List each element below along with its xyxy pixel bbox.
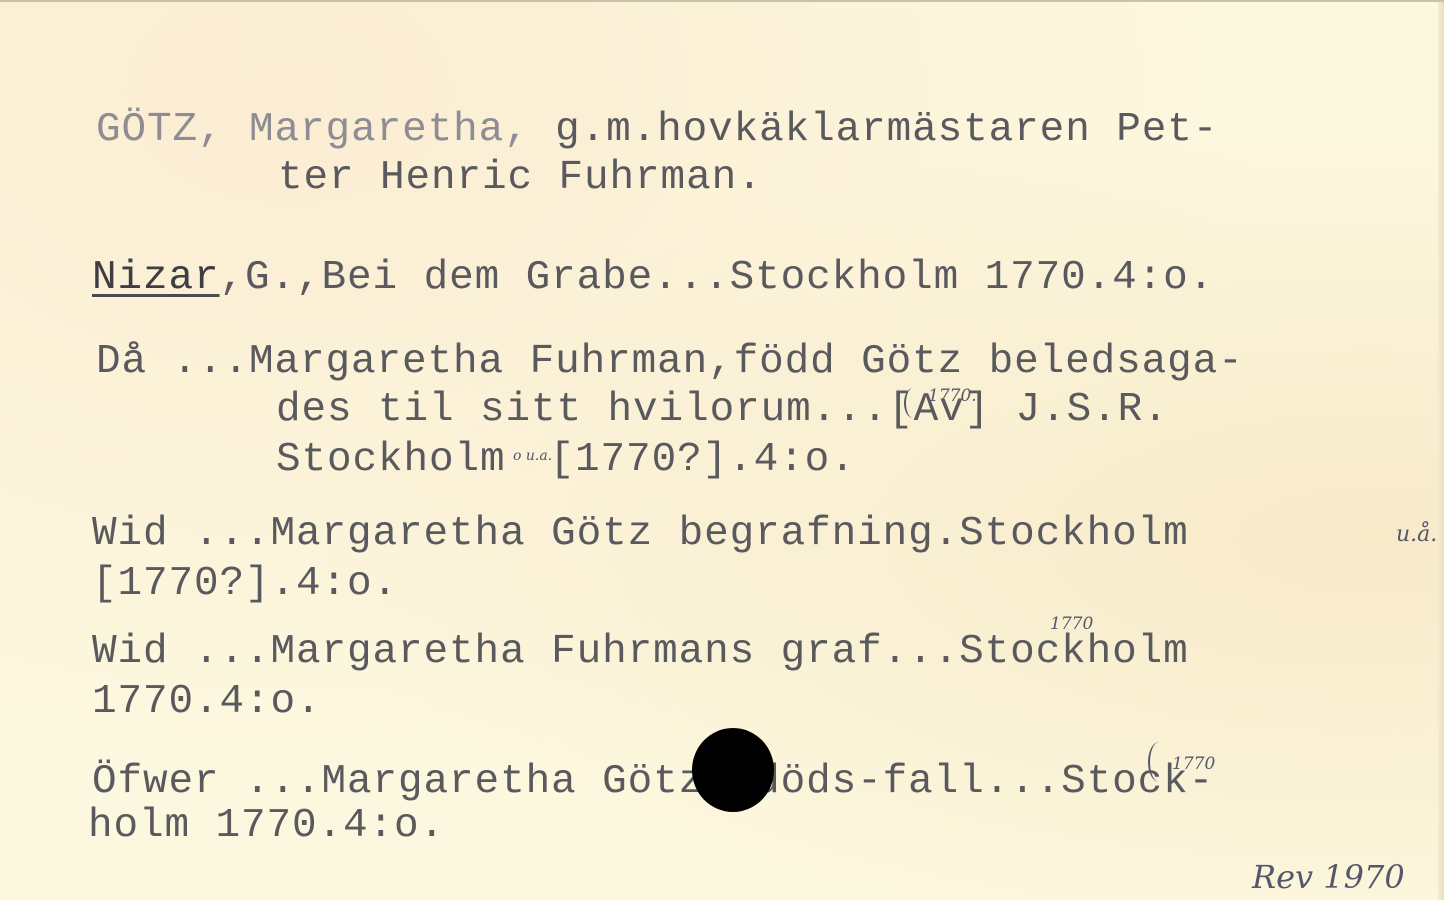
heading-given-name: Margaretha,	[249, 107, 530, 153]
entry-2-imprint: [1770?].4:o.	[550, 437, 856, 483]
heading-line-2: ter Henric Fuhrman.	[278, 158, 763, 199]
entry-2-handwritten-ua: o u.a.	[513, 448, 552, 464]
revision-note: Rev 1970	[1252, 858, 1405, 896]
entry-4-line-2: 1770.4:o.	[92, 682, 322, 723]
entry-5-line-2: holm 1770.4:o.	[88, 806, 445, 847]
entry-3-line-1: Wid ...Margaretha Götz begrafning.Stockh…	[92, 514, 1189, 555]
heading-surname: GÖTZ,	[96, 107, 224, 153]
entry-2-place: Stockholm	[276, 437, 506, 483]
entry-1-line-1: Nizar,G.,Bei dem Grabe...Stockholm 1770.…	[92, 258, 1214, 299]
heading-description: g.m.hovkäklarmästaren Pet-	[555, 107, 1218, 153]
entry-3-line-2: [1770?].4:o.	[92, 564, 398, 605]
entry-2-handwritten-year: 1770.	[928, 386, 977, 406]
entry-5-handwritten-year: 1770	[1172, 754, 1215, 774]
entry-5-insertion-mark	[1148, 742, 1170, 782]
entry-1-underlined-name: Nizar	[92, 255, 220, 301]
punch-hole	[692, 728, 774, 812]
card-edge	[1438, 2, 1444, 900]
entry-3-handwritten-ua: u.å.	[1396, 522, 1437, 547]
entry-5-line-1: Öfwer ...Margaretha Götzs döds-fall...St…	[92, 762, 1214, 803]
entry-1-text: ,G.,Bei dem Grabe...Stockholm 1770.4:o.	[220, 255, 1215, 301]
catalog-card: GÖTZ, Margaretha, g.m.hovkäklarmästaren …	[0, 0, 1444, 900]
entry-4-handwritten-year: 1770	[1050, 614, 1093, 634]
entry-2-line-2: des til sitt hvilorum...[Av] J.S.R.	[276, 390, 1169, 431]
entry-2-line-3: Stockholm[1770?].4:o.	[276, 440, 856, 481]
entry-2-line-1: Då ...Margaretha Fuhrman,född Götz beled…	[96, 342, 1244, 383]
heading-line-1: GÖTZ, Margaretha, g.m.hovkäklarmästaren …	[96, 110, 1218, 151]
entry-2-insertion-mark	[904, 388, 922, 418]
entry-4-line-1: Wid ...Margaretha Fuhrmans graf...Stockh…	[92, 632, 1189, 673]
